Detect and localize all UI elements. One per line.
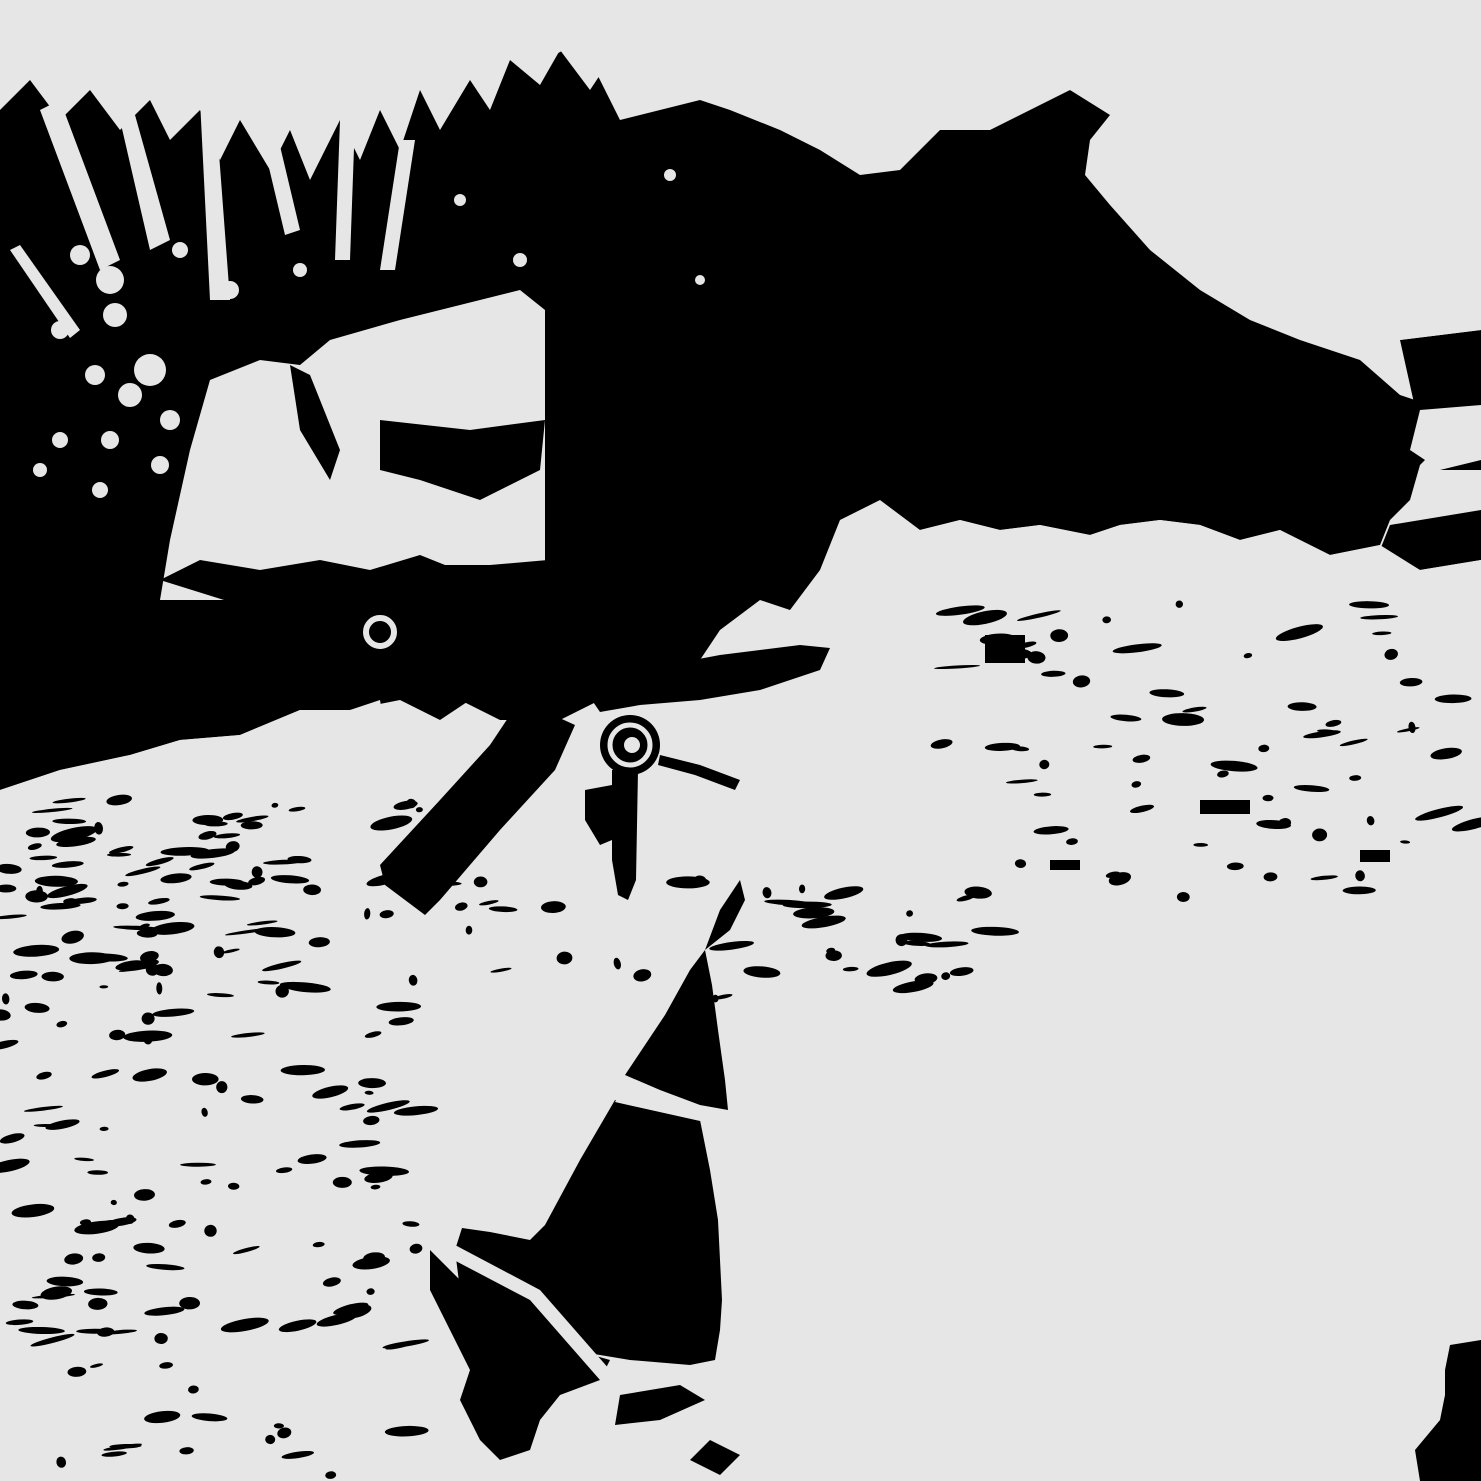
pinwheel-stick-upper (545, 290, 615, 690)
photo-scene (0, 0, 1481, 1481)
